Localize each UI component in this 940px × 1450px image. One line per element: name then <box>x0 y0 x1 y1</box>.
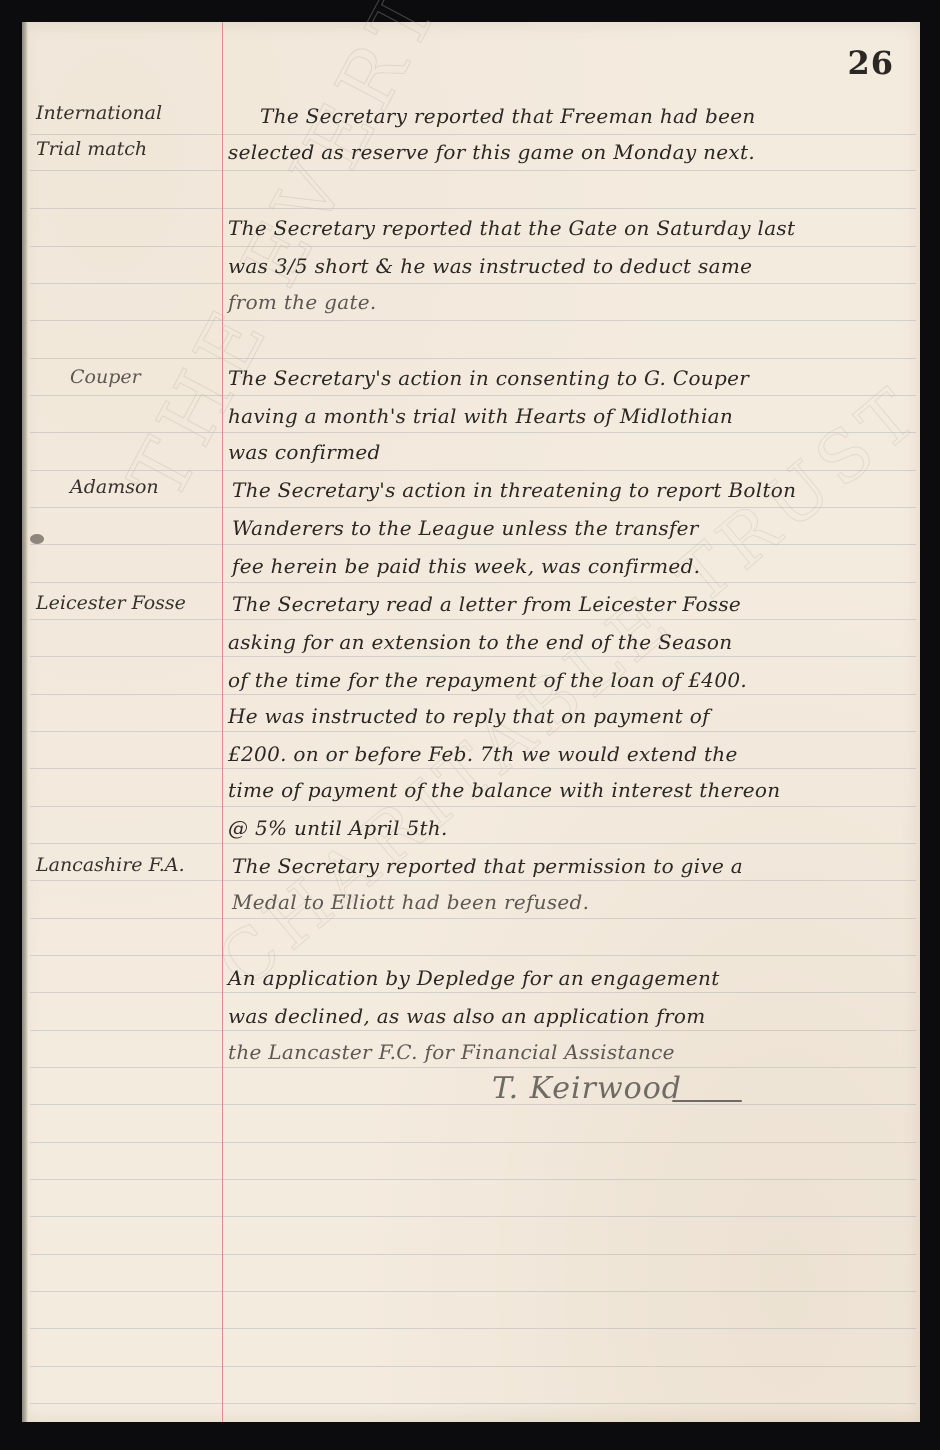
ruled-line <box>30 246 916 247</box>
minute-line: time of payment of the balance with inte… <box>228 780 780 800</box>
ruled-line <box>30 1328 916 1329</box>
ruled-line <box>30 843 916 844</box>
margin-note: Couper <box>70 368 141 387</box>
ink-blot <box>30 534 44 544</box>
ruled-line <box>30 395 916 396</box>
minute-line: Wanderers to the League unless the trans… <box>232 518 699 538</box>
ruled-line <box>30 880 916 881</box>
margin-note: International <box>36 104 162 123</box>
minute-line: asking for an extension to the end of th… <box>228 632 732 652</box>
ruled-line <box>30 992 916 993</box>
minute-line: £200. on or before Feb. 7th we would ext… <box>228 744 738 764</box>
ruled-line <box>30 1254 916 1255</box>
margin-note: Leicester Fosse <box>36 594 186 613</box>
ruled-line <box>30 619 916 620</box>
ruled-line <box>30 1067 916 1068</box>
ruled-line <box>30 1291 916 1292</box>
book-spine <box>22 22 28 1422</box>
ruled-line <box>30 1179 916 1180</box>
ruled-line <box>30 731 916 732</box>
ruled-line <box>30 656 916 657</box>
margin-note: Lancashire F.A. <box>36 856 185 875</box>
ruled-line <box>30 170 916 171</box>
minute-line: The Secretary's action in threatening to… <box>232 480 796 500</box>
ruled-line <box>30 1366 916 1367</box>
minute-line: Medal to Elliott had been refused. <box>232 892 589 912</box>
margin-note: Trial match <box>36 140 147 159</box>
margin-rule <box>222 22 223 1422</box>
minute-line: was confirmed <box>228 442 381 462</box>
minute-line: @ 5% until April 5th. <box>228 818 448 838</box>
page-number: 26 <box>847 44 894 82</box>
minute-line: The Secretary's action in consenting to … <box>228 368 749 388</box>
ruled-line <box>30 544 916 545</box>
ruled-line <box>30 432 916 433</box>
ruled-line <box>30 507 916 508</box>
minute-line: He was instructed to reply that on payme… <box>228 706 710 726</box>
minute-line: from the gate. <box>228 292 377 312</box>
minute-line: selected as reserve for this game on Mon… <box>228 142 755 162</box>
signature-flourish <box>672 1100 742 1102</box>
ruled-line <box>30 470 916 471</box>
ruled-line <box>30 358 916 359</box>
ruled-line <box>30 1104 916 1105</box>
ruled-line <box>30 955 916 956</box>
ledger-page: THE EVERTON COLLECTION CHARITABLE TRUST … <box>22 22 920 1422</box>
ruled-line <box>30 134 916 135</box>
minute-line: was 3/5 short & he was instructed to ded… <box>228 256 752 276</box>
ruled-line <box>30 768 916 769</box>
ruled-line <box>30 806 916 807</box>
minute-line: The Secretary read a letter from Leicest… <box>232 594 741 614</box>
ruled-line <box>30 1216 916 1217</box>
ruled-line <box>30 1403 916 1404</box>
minute-line: of the time for the repayment of the loa… <box>228 670 747 690</box>
ruled-line <box>30 1030 916 1031</box>
ruled-line <box>30 918 916 919</box>
ruled-line <box>30 1142 916 1143</box>
ruled-line <box>30 283 916 284</box>
minute-line: fee herein be paid this week, was confir… <box>232 556 700 576</box>
ruled-line <box>30 582 916 583</box>
minute-line: An application by Depledge for an engage… <box>228 968 720 988</box>
minute-line: the Lancaster F.C. for Financial Assista… <box>228 1042 675 1062</box>
minute-line: The Secretary reported that the Gate on … <box>228 218 795 238</box>
ruled-line <box>30 694 916 695</box>
minute-line: The Secretary reported that permission t… <box>232 856 743 876</box>
ruled-line <box>30 320 916 321</box>
ruled-line <box>30 208 916 209</box>
margin-note: Adamson <box>70 478 159 497</box>
minute-line: The Secretary reported that Freeman had … <box>260 106 756 126</box>
minute-line: was declined, as was also an application… <box>228 1006 706 1026</box>
signature: T. Keirwood <box>492 1074 682 1104</box>
minute-line: having a month's trial with Hearts of Mi… <box>228 406 733 426</box>
